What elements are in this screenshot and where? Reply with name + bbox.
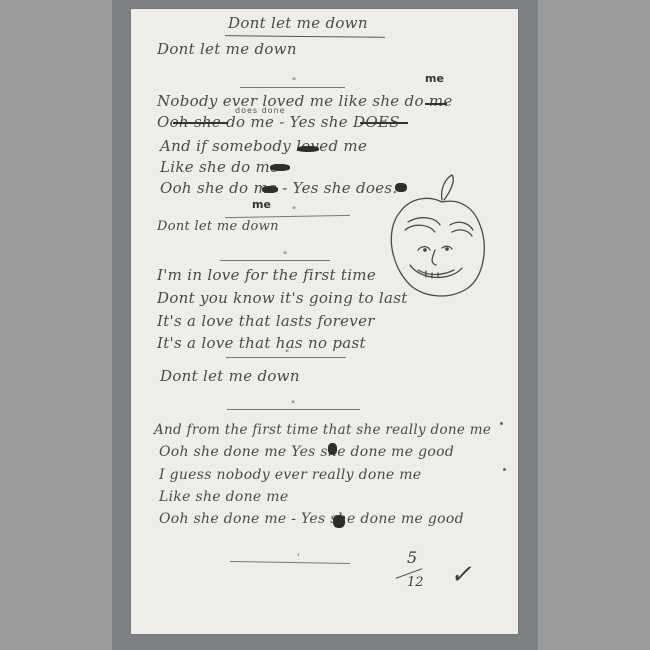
ditto-mark: " — [292, 77, 296, 87]
repeat-rule — [220, 260, 330, 261]
lyric-line: And from the first time that she really … — [154, 422, 491, 438]
date-day: 5 — [407, 548, 417, 567]
repeat-rule — [240, 87, 345, 88]
lyric-line: Dont let me down — [157, 40, 297, 58]
margin-dot — [503, 468, 506, 471]
check-mark: ✓ — [450, 560, 472, 590]
scribbled-out-word — [333, 515, 345, 528]
strike-through — [425, 103, 447, 105]
scribbled-out-word — [328, 443, 337, 455]
ditto-mark: " — [285, 349, 289, 359]
ditto-mark: ' — [297, 553, 299, 563]
lyric-line: It's a love that has no past — [157, 334, 366, 352]
ditto-mark: " — [292, 206, 296, 216]
lyric-line: And if somebody loved me — [160, 137, 367, 155]
scribbled-out-word — [270, 164, 290, 171]
lyric-line: Dont let me down — [160, 367, 300, 385]
lyric-line: It's a love that lasts forever — [157, 312, 375, 330]
lyric-line: Nobody ever loved me like she do me — [157, 92, 453, 110]
ditto-mark: " — [283, 251, 287, 261]
lyric-line: Ooh she do me - Yes she does. — [160, 179, 398, 197]
date-month: 12 — [407, 575, 424, 590]
correction-me: me — [425, 72, 444, 85]
ditto-mark: " — [291, 400, 295, 410]
strike-through — [360, 122, 408, 124]
lyric-line: Like she done me — [159, 489, 288, 505]
lyric-line: I'm in love for the first time — [157, 266, 376, 284]
strike-through — [173, 122, 228, 124]
correction-me: me — [252, 198, 271, 211]
lyric-line: Dont you know it's going to last — [157, 289, 408, 307]
lyric-line: Dont let me down — [157, 219, 279, 234]
lyric-line: Ooh she done me - Yes she done me good — [159, 511, 464, 527]
apple-face-doodle-icon — [380, 170, 490, 310]
lyric-line: I guess nobody ever really done me — [159, 467, 421, 483]
scribbled-out-word — [297, 146, 319, 152]
lyric-line: Ooh she done me Yes she done me good — [159, 444, 454, 460]
margin-dot — [500, 422, 503, 425]
sheet-title: Dont let me down — [228, 14, 368, 32]
scribbled-out-word — [262, 186, 278, 193]
lyric-line: Like she do me — [160, 158, 279, 176]
